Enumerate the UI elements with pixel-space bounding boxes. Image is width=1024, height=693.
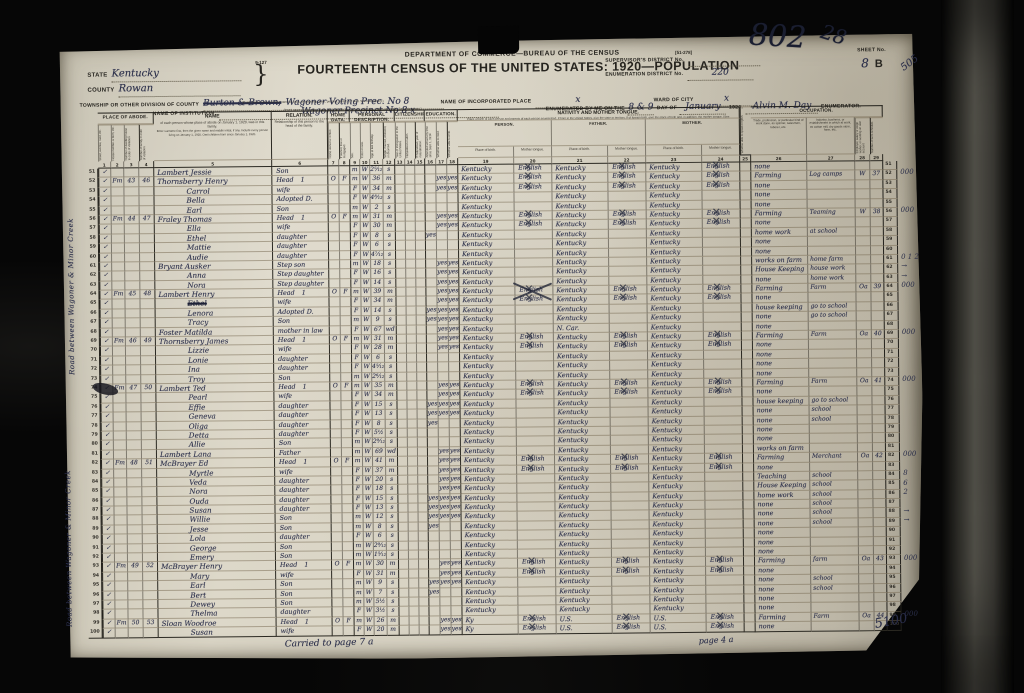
table-cell (342, 429, 353, 438)
table-cell (515, 230, 553, 240)
row-number: 59 (85, 244, 99, 254)
table-cell: F (351, 251, 361, 260)
table-cell: W (364, 542, 374, 551)
table-cell: 45 (125, 290, 140, 300)
table-cell (112, 234, 125, 244)
table-cell (871, 264, 884, 274)
row-number: 78 (87, 422, 101, 432)
table-cell (417, 372, 427, 381)
table-cell (611, 501, 649, 511)
table-cell: 42 (873, 452, 886, 462)
employer-caption: Employer, salary or wage worker, or work… (855, 117, 870, 154)
table-cell (143, 600, 158, 610)
table-cell: Kentucky (553, 276, 609, 286)
table-cell: none (755, 575, 811, 585)
column-caption: Age at last birthday. (370, 122, 383, 159)
table-cell (420, 626, 430, 635)
table-cell (342, 476, 353, 485)
table-cell (331, 467, 342, 476)
table-cell: Kentucky (459, 268, 515, 278)
table-cell (418, 438, 428, 447)
table-cell (329, 223, 340, 232)
row-number: 62 (884, 264, 898, 274)
census-table: PLACE OF ABODE.NAMEof each person whose … (84, 105, 902, 638)
table-cell (407, 335, 417, 344)
table-cell: at school (808, 227, 856, 237)
margin-mark: → (904, 516, 910, 524)
row-number: 58 (85, 234, 99, 244)
table-cell (416, 222, 426, 231)
row-number: 81 (87, 450, 101, 460)
table-cell (114, 450, 127, 460)
table-cell: Kentucky (647, 294, 703, 304)
row-number: 70 (86, 347, 100, 357)
table-cell (125, 262, 140, 272)
table-cell: daughter (275, 420, 331, 430)
table-cell (417, 316, 427, 325)
table-cell: s (385, 401, 397, 411)
table-cell: Kentucky (462, 587, 518, 597)
table-cell (742, 369, 753, 378)
table-cell (114, 469, 127, 479)
table-cell: Head1 (276, 561, 332, 571)
table-cell: ✓ (102, 525, 115, 535)
table-cell: 41 (373, 457, 386, 467)
table-cell (398, 494, 408, 503)
table-cell: Kentucky (555, 445, 611, 455)
table-cell (419, 597, 429, 606)
table-cell: English (704, 388, 742, 398)
table-cell: ✓ (101, 460, 114, 470)
table-cell (874, 537, 887, 547)
table-cell (809, 359, 857, 369)
table-cell (399, 532, 409, 541)
table-cell: ✓ (99, 244, 112, 254)
table-cell (127, 412, 142, 422)
table-cell: m (355, 617, 365, 626)
table-cell (112, 281, 125, 291)
table-cell: Kentucky (648, 369, 704, 379)
table-cell: Oa (860, 612, 875, 622)
table-cell (124, 196, 139, 206)
table-cell (143, 572, 158, 582)
table-cell (115, 535, 128, 545)
table-cell (341, 354, 352, 363)
table-cell (329, 241, 340, 250)
table-cell (142, 487, 157, 497)
table-cell: Kentucky (646, 172, 702, 182)
table-cell (744, 585, 755, 594)
table-cell: Kentucky (556, 530, 612, 540)
table-cell: English (704, 378, 742, 388)
table-cell: Oa (857, 330, 872, 340)
table-cell: Fm (112, 215, 125, 225)
table-cell (406, 297, 416, 306)
table-cell (331, 504, 342, 513)
table-cell (873, 471, 886, 481)
table-cell: Kentucky (460, 390, 516, 400)
table-cell (139, 196, 154, 206)
table-cell (141, 328, 156, 338)
table-cell (409, 579, 419, 588)
table-cell: yes (450, 456, 461, 465)
table-cell: Head1 (274, 382, 330, 392)
table-cell (339, 166, 350, 175)
table-cell: English (703, 209, 741, 219)
row-number: 66 (885, 302, 899, 312)
table-cell (859, 518, 874, 528)
table-cell: ✓ (102, 516, 115, 526)
table-cell: ✓ (102, 535, 115, 545)
table-cell: none (755, 547, 811, 557)
table-cell: yes (428, 419, 439, 428)
table-cell: W (363, 504, 373, 513)
column-caption: Mother tongue. (608, 145, 646, 156)
row-number: 57 (85, 225, 99, 235)
row-number: 77 (87, 413, 101, 423)
table-cell: Ky (463, 625, 519, 635)
table-cell: English (516, 380, 554, 390)
table-cell (416, 203, 426, 212)
column-caption: Color or race. (360, 122, 370, 159)
table-cell (612, 511, 650, 521)
table-cell: O (333, 617, 344, 626)
table-cell: yes (448, 212, 459, 221)
table-cell (705, 435, 743, 445)
table-cell: W (363, 466, 373, 475)
row-number: 87 (87, 507, 101, 517)
table-cell: yes (451, 560, 462, 569)
table-cell: none (754, 500, 810, 510)
table-cell: daughter (274, 354, 330, 364)
table-cell: ✓ (100, 356, 113, 366)
table-cell (419, 522, 429, 531)
column-caption: Single, married, widowed, or divorced. (383, 122, 395, 159)
row-number: 89 (88, 525, 102, 535)
table-cell (128, 544, 143, 554)
table-cell (514, 192, 552, 202)
table-cell: Son (274, 317, 330, 327)
table-cell: ✓ (100, 319, 113, 329)
table-cell: s (384, 269, 396, 279)
relation-header: RELATION.Relationship of this person to … (272, 110, 328, 160)
table-cell: m (354, 523, 364, 532)
table-cell (416, 297, 426, 306)
table-cell (610, 351, 648, 361)
table-cell: m (350, 175, 360, 184)
table-cell: none (754, 434, 810, 444)
table-cell: English (611, 464, 649, 474)
table-cell (400, 616, 410, 625)
table-cell: English (612, 558, 650, 568)
row-number: 68 (86, 328, 100, 338)
table-cell: s (383, 166, 395, 176)
table-cell (428, 428, 439, 437)
table-cell (811, 528, 859, 538)
table-cell (128, 516, 143, 526)
table-cell: 69 (373, 448, 386, 458)
table-cell (328, 166, 339, 175)
table-cell: yes (448, 259, 459, 268)
table-cell (705, 482, 743, 492)
table-cell: go to school (809, 302, 857, 312)
table-cell: Farming (753, 331, 809, 341)
row-number: 86 (87, 497, 101, 507)
row-number: 96 (887, 583, 901, 593)
row-number: 55 (884, 199, 898, 209)
table-cell (858, 471, 873, 481)
table-cell: yes (427, 400, 438, 409)
table-cell (113, 319, 126, 329)
table-cell (440, 531, 451, 540)
table-cell: 13 (373, 504, 386, 514)
table-cell: ✓ (102, 610, 115, 620)
row-number: 95 (887, 574, 901, 584)
table-cell (743, 472, 754, 481)
table-cell (417, 325, 427, 334)
table-cell (703, 275, 741, 285)
table-cell: 28 (372, 344, 385, 354)
margin-mark: 6 (903, 478, 908, 486)
table-cell: W (363, 410, 373, 419)
row-number: 83 (87, 469, 101, 479)
table-cell: F (354, 570, 364, 579)
table-cell: Kentucky (460, 371, 516, 381)
table-cell (742, 341, 753, 350)
table-cell: 46 (139, 177, 154, 187)
table-cell (128, 581, 143, 591)
row-number: 79 (886, 424, 900, 434)
table-cell (417, 363, 427, 372)
margin-mark: 000 (902, 328, 915, 336)
table-cell (127, 422, 142, 432)
table-cell: W (361, 260, 371, 269)
table-cell: Kentucky (554, 389, 610, 399)
table-cell: ✓ (99, 234, 112, 244)
table-cell: Kentucky (647, 229, 703, 239)
table-cell: W (362, 344, 372, 353)
table-cell (115, 600, 128, 610)
table-cell (342, 448, 353, 457)
table-cell (407, 400, 417, 409)
table-cell: Fm (112, 290, 125, 300)
table-cell (856, 199, 871, 209)
table-cell (704, 322, 742, 332)
table-cell: English (514, 164, 552, 174)
table-cell (425, 194, 436, 203)
column-caption: NAME (205, 113, 220, 119)
table-cell (427, 372, 438, 381)
row-number: 51 (883, 161, 897, 171)
table-cell: yes (439, 447, 450, 456)
table-cell (112, 300, 125, 310)
table-cell: m (387, 560, 399, 570)
table-cell (609, 267, 647, 277)
table-cell: m (354, 551, 364, 560)
table-cell (741, 256, 752, 265)
enumeration-district-field: ENUMERATION DISTRICT No. 220 (605, 61, 753, 81)
table-cell (428, 456, 439, 465)
table-cell (398, 476, 408, 485)
table-cell: ✓ (99, 281, 112, 291)
table-cell (126, 394, 141, 404)
table-cell: English (610, 342, 648, 352)
table-cell: W (363, 429, 373, 438)
table-cell (342, 439, 353, 448)
table-cell: Kentucky (647, 200, 703, 210)
table-cell: m (354, 589, 364, 598)
table-cell (811, 546, 859, 556)
table-cell (516, 399, 554, 409)
table-cell: m (354, 560, 364, 569)
table-cell: English (519, 624, 557, 634)
mother-subheader: MOTHER. (646, 118, 740, 145)
table-cell (128, 525, 143, 535)
table-cell: 67 (372, 326, 385, 336)
table-cell: wife (272, 185, 328, 195)
table-cell (113, 375, 126, 385)
table-cell: W (362, 391, 372, 400)
table-cell: English (702, 172, 740, 182)
table-cell: Kentucky (462, 568, 518, 578)
table-cell: m (387, 570, 399, 580)
table-cell: O (332, 561, 343, 570)
table-cell (857, 396, 872, 406)
table-cell: ✓ (98, 168, 111, 178)
table-cell (332, 523, 343, 532)
table-cell (333, 626, 344, 635)
table-cell (742, 350, 753, 359)
table-cell: 47 (140, 215, 155, 225)
table-cell: F (341, 382, 352, 391)
table-cell (429, 569, 440, 578)
table-cell: Oa (856, 283, 871, 293)
row-number: 52 (883, 170, 897, 180)
table-cell (332, 579, 343, 588)
table-cell: W (362, 354, 372, 363)
table-cell (610, 304, 648, 314)
table-cell (396, 250, 406, 259)
row-number: 76 (885, 396, 899, 406)
table-cell: W (364, 523, 374, 532)
table-cell: s (386, 429, 398, 439)
table-cell (744, 510, 755, 519)
table-cell: Kentucky (647, 266, 703, 276)
table-cell: m (352, 382, 362, 391)
table-cell: yes (447, 175, 458, 184)
table-cell (340, 279, 351, 288)
table-cell (874, 527, 887, 537)
table-cell: 2⁹⁄₁₂ (374, 541, 387, 551)
row-number: 61 (884, 255, 898, 265)
column-caption: Whether able to read. (436, 121, 447, 158)
table-cell (450, 437, 461, 446)
table-cell (744, 594, 755, 603)
table-cell: ✓ (100, 328, 113, 338)
table-cell (872, 368, 885, 378)
table-cell (341, 373, 352, 382)
row-number: 86 (886, 490, 900, 500)
table-cell (126, 328, 141, 338)
table-cell (426, 297, 437, 306)
table-cell (331, 429, 342, 438)
table-cell (809, 349, 857, 359)
table-cell (419, 607, 429, 616)
table-cell (438, 372, 449, 381)
table-cell: Fm (116, 619, 129, 629)
table-cell (410, 626, 420, 635)
table-cell: English (705, 463, 743, 473)
table-cell (855, 180, 870, 190)
table-cell (111, 197, 124, 207)
table-cell: Kentucky (649, 445, 705, 455)
table-cell: Fm (111, 178, 124, 188)
table-cell: English (608, 163, 646, 173)
table-cell (807, 161, 855, 171)
table-cell: 4⁵⁄₁₂ (372, 363, 385, 373)
table-cell (609, 257, 647, 267)
table-cell: Farming (756, 613, 812, 623)
table-cell (416, 231, 426, 240)
table-cell: s (387, 588, 399, 598)
table-cell (608, 192, 646, 202)
table-cell: Kentucky (552, 182, 608, 192)
row-number: 74 (885, 377, 899, 387)
table-cell: F (354, 607, 364, 616)
row-number: 92 (887, 546, 901, 556)
table-cell (407, 306, 417, 315)
row-number: 95 (88, 582, 102, 592)
table-cell: yes (437, 297, 448, 306)
table-cell: English (519, 615, 557, 625)
table-cell (408, 457, 418, 466)
table-cell (399, 541, 409, 550)
table-cell (426, 259, 437, 268)
table-cell: W (363, 438, 373, 447)
column-caption: If owned, free or mortgaged. (339, 122, 350, 159)
table-cell: Kentucky (649, 407, 705, 417)
table-cell (705, 416, 743, 426)
table-cell (113, 328, 126, 338)
table-cell (418, 447, 428, 456)
table-cell (143, 525, 158, 535)
table-cell (448, 231, 459, 240)
table-cell (859, 546, 874, 556)
table-cell: 43 (874, 555, 887, 565)
table-cell (742, 313, 753, 322)
table-cell (140, 234, 155, 244)
table-cell (516, 305, 554, 315)
table-cell (517, 437, 555, 447)
table-cell: Kentucky (555, 492, 611, 502)
table-cell (410, 616, 420, 625)
table-cell: English (705, 454, 743, 464)
table-cell (704, 369, 742, 379)
table-cell (408, 419, 418, 428)
table-cell (329, 232, 340, 241)
table-cell (125, 234, 140, 244)
table-cell: Adopted D. (272, 195, 328, 205)
table-cell: W (361, 279, 371, 288)
row-number: 53 (84, 187, 98, 197)
table-cell: ✓ (99, 272, 112, 282)
table-cell: wife (276, 570, 332, 580)
table-cell: F (352, 307, 362, 316)
row-number: 94 (88, 572, 102, 582)
table-cell: O (330, 335, 341, 344)
table-cell: W (363, 485, 373, 494)
table-cell (744, 519, 755, 528)
